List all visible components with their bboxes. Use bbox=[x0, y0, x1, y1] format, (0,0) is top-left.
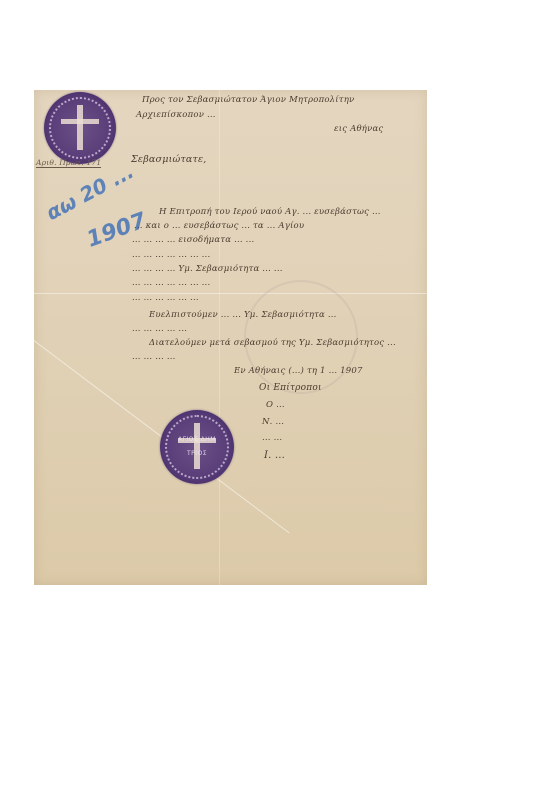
signature: Ι. ... bbox=[264, 450, 285, 461]
signature: Ο ... bbox=[266, 400, 285, 410]
body-line: ... ... ... ... Υμ. Σεβασμιότητα ... ... bbox=[132, 264, 283, 274]
document-page: Προς τον Σεβασμιώτατον Άγιον Μητροπολίτη… bbox=[34, 90, 427, 585]
cross-bar bbox=[61, 119, 98, 124]
reference-number: Αριθ. Πρωτ. 171 bbox=[36, 158, 101, 168]
paper-fold-horizontal bbox=[34, 293, 427, 294]
body-line: ... και ο ... ευσεβάστως ... τα ... Αγίο… bbox=[134, 221, 304, 231]
bleed-through-seal bbox=[244, 280, 358, 394]
body-line: ... ... ... ... ... ... ... bbox=[132, 250, 210, 260]
addressee-line-3: εις Αθήνας bbox=[334, 124, 383, 134]
closing-line: ... ... ... ... ... bbox=[132, 324, 187, 334]
cross-icon bbox=[194, 423, 200, 469]
seal-stamp-top bbox=[44, 92, 116, 164]
addressee-line-1: Προς τον Σεβασμιώτατον Άγιον Μητροπολίτη… bbox=[142, 95, 354, 105]
seal-stamp-bottom: ΑΓΙΟΣ ΔΗΜ ΤΡΙΟΣ bbox=[160, 410, 234, 484]
date-line: Εν Αθήναις (...) τη 1 ... 1907 bbox=[234, 366, 363, 376]
closing-line: Διατελούμεν μετά σεβασμού της Υμ. Σεβασμ… bbox=[149, 338, 396, 348]
seal-inner-text: ΑΓΙΟΣ ΔΗΜ bbox=[160, 436, 234, 443]
signature: ... ... bbox=[262, 433, 282, 443]
signature: Ν. ... bbox=[262, 417, 284, 427]
body-line: ... ... ... ... ... ... bbox=[132, 293, 199, 303]
addressee-line-2: Αρχιεπίσκοπον ... bbox=[136, 110, 216, 120]
cross-icon bbox=[77, 105, 83, 150]
body-line: ... ... ... ... ... ... ... bbox=[132, 278, 210, 288]
signatories-title: Οι Επίτροποι bbox=[259, 383, 322, 393]
salutation: Σεβασμιώτατε, bbox=[131, 154, 207, 165]
closing-line: Ευελπιστούμεν ... ... Υμ. Σεβασμιότητα .… bbox=[149, 310, 337, 320]
body-line: Η Επιτροπή του Ιερού ναού Αγ. ... ευσεβά… bbox=[159, 207, 381, 217]
body-line: ... ... ... ... εισοδήματα ... ... bbox=[132, 235, 254, 245]
seal-inner-text: ΤΡΙΟΣ bbox=[160, 450, 234, 457]
closing-line: ... ... ... ... bbox=[132, 352, 176, 362]
